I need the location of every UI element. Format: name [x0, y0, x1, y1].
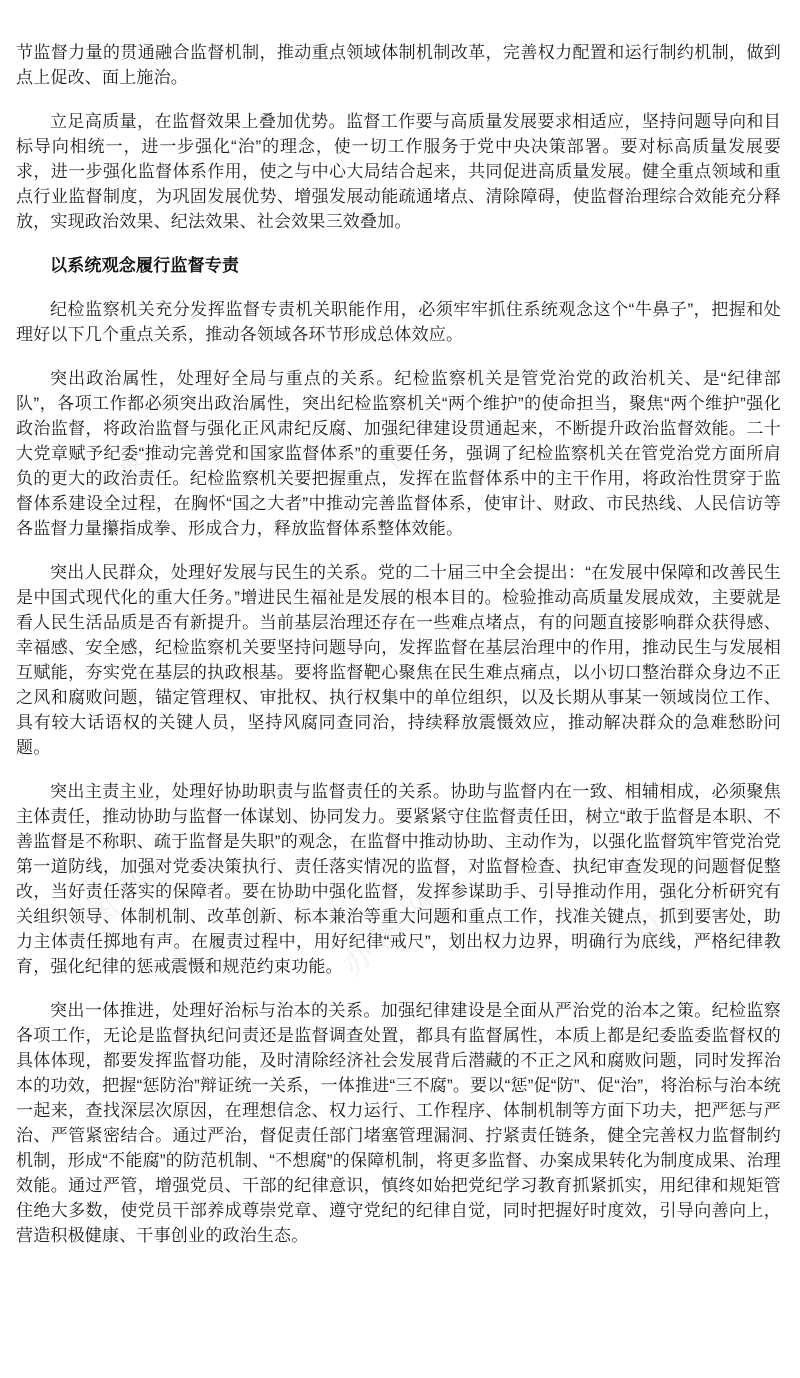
- paragraph-political-attribute: 突出政治属性，处理好全局与重点的关系。纪检监察机关是管党治党的政治机关、是“纪律…: [16, 366, 781, 541]
- document-page: 办图网 办图网 办图网 办图网 办图网 办图网 节监督力量的贯通融合监督机制，推…: [0, 0, 800, 1378]
- paragraph-system-concept-intro: 纪检监察机关充分发挥监督专责机关职能作用，必须牢牢抓住系统观念这个“牛鼻子”，把…: [16, 297, 781, 347]
- paragraph-continuation: 节监督力量的贯通融合监督机制，推动重点领域体制机制改革，完善权力配置和运行制约机…: [16, 40, 781, 90]
- section-heading: 以系统观念履行监督专责: [16, 253, 781, 278]
- paragraph-integrated-advance: 突出一体推进，处理好治标与治本的关系。加强纪律建设是全面从严治党的治本之策。纪检…: [16, 998, 781, 1248]
- document-body: 节监督力量的贯通融合监督机制，推动重点领域体制机制改革，完善权力配置和运行制约机…: [16, 40, 781, 1248]
- paragraph-main-duty: 突出主责主业，处理好协助职责与监督责任的关系。协助与监督内在一致、相辅相成，必须…: [16, 779, 781, 979]
- paragraph-people-livelihood: 突出人民群众，处理好发展与民生的关系。党的二十届三中全会提出：“在发展中保障和改…: [16, 560, 781, 760]
- paragraph-high-quality: 立足高质量，在监督效果上叠加优势。监督工作要与高质量发展要求相适应，坚持问题导向…: [16, 109, 781, 234]
